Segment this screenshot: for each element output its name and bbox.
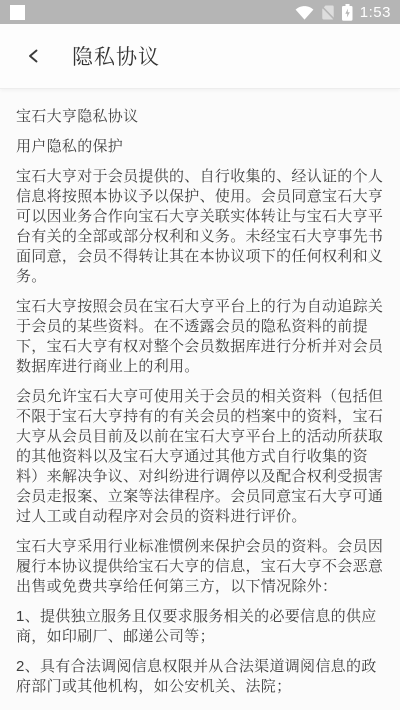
wifi-icon	[295, 5, 314, 20]
status-time: 1:53	[360, 5, 391, 20]
policy-list-item: 2、具有合法调阅信息权限并从合法渠道调阅信息的政府部门或其他机构，如公安机关、法…	[16, 657, 384, 697]
privacy-policy-screen: 1:53 隐私协议 宝石大亨隐私协议 用户隐私的保护 宝石大亨对于会员提供的、自…	[0, 0, 400, 710]
header: 隐私协议	[0, 24, 400, 89]
status-bar: 1:53	[0, 0, 400, 24]
policy-paragraph: 宝石大亨按照会员在宝石大亨平台上的行为自动追踪关于会员的某些资料。在不透露会员的…	[16, 297, 384, 377]
policy-paragraph: 会员允许宝石大亨可使用关于会员的相关资料（包括但不限于宝石大亨持有的有关会员的档…	[16, 387, 384, 527]
doc-title: 宝石大亨隐私协议	[16, 107, 384, 127]
doc-subtitle: 用户隐私的保护	[16, 137, 384, 157]
chevron-left-icon	[28, 49, 38, 63]
status-bar-right: 1:53	[295, 4, 391, 21]
content-scroll-area[interactable]: 宝石大亨隐私协议 用户隐私的保护 宝石大亨对于会员提供的、自行收集的、经认证的个…	[0, 89, 400, 710]
policy-list-item: 1、提供独立服务且仅要求服务相关的必要信息的供应商，如印刷厂、邮递公司等；	[16, 607, 384, 647]
policy-paragraph: 宝石大亨采用行业标准惯例来保护会员的资料。会员因履行本协议提供给宝石大亨的信息，…	[16, 537, 384, 597]
no-sim-icon	[321, 5, 335, 20]
notification-square-icon	[10, 5, 25, 20]
policy-paragraph: 宝石大亨对于会员提供的、自行收集的、经认证的个人信息将按照本协议予以保护、使用。…	[16, 167, 384, 287]
back-button[interactable]	[24, 45, 42, 67]
battery-charging-icon	[342, 4, 353, 21]
page-title: 隐私协议	[72, 41, 160, 71]
